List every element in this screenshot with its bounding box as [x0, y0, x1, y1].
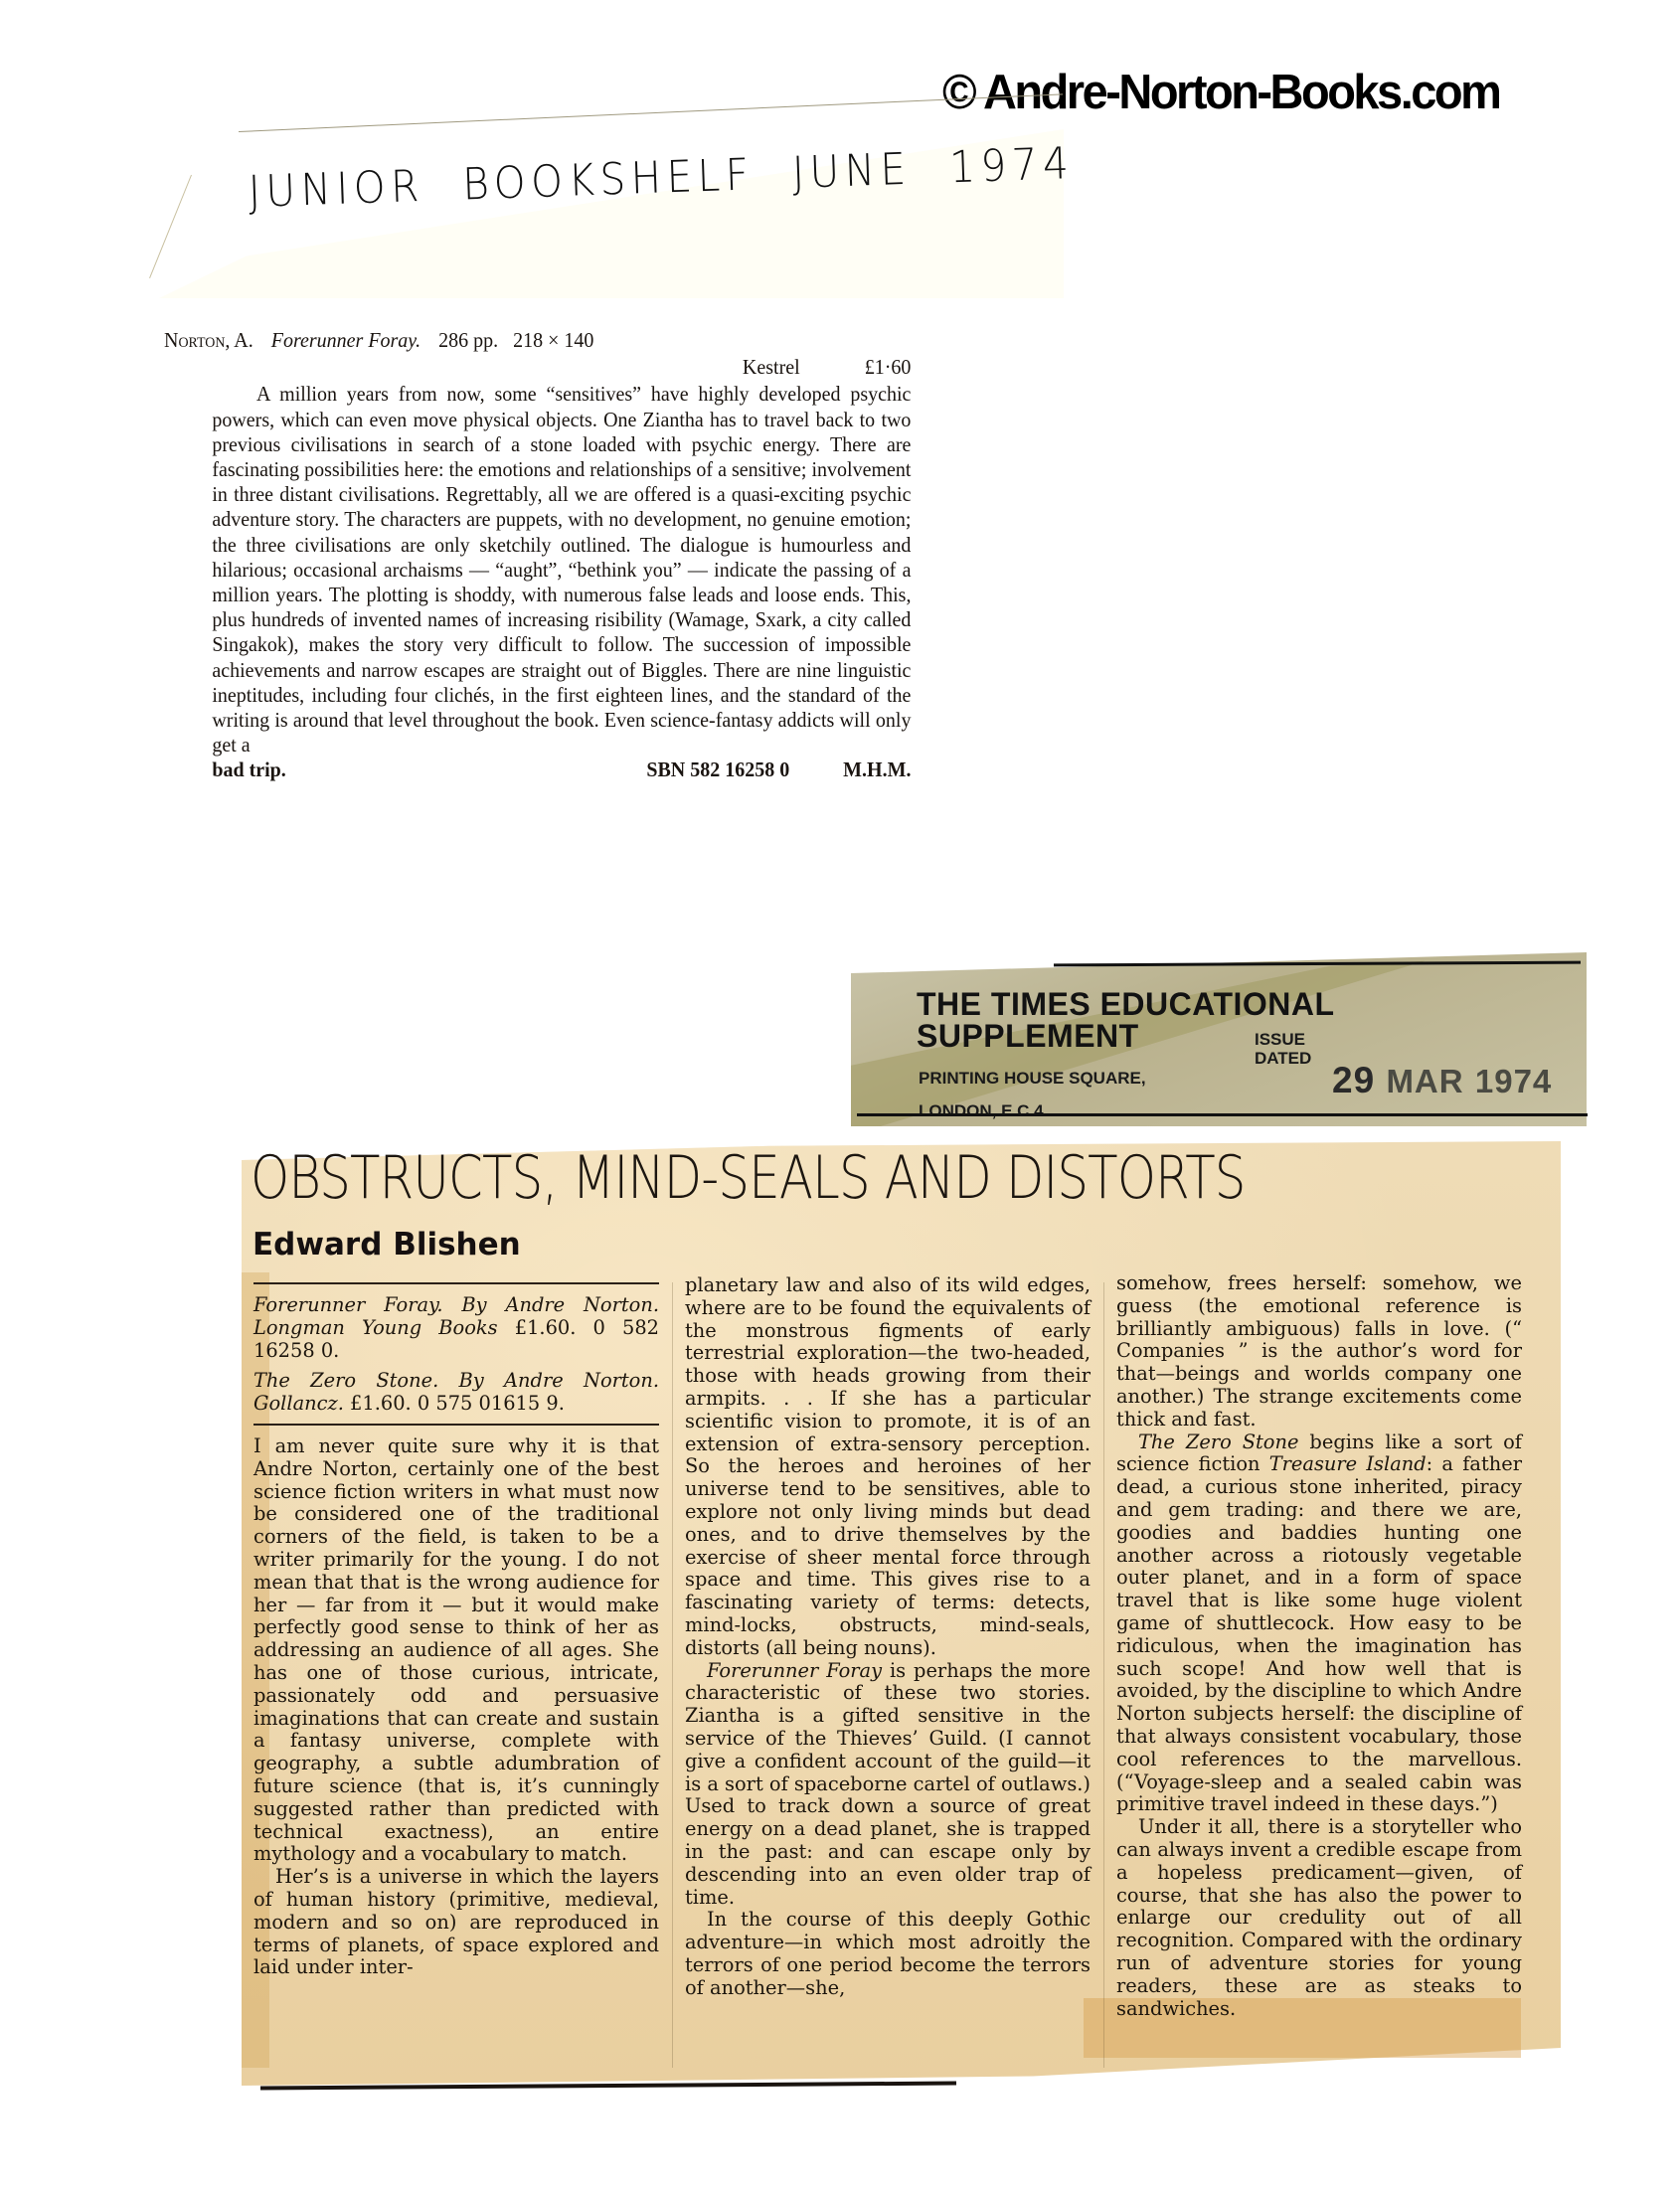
- review-body: A million years from now, some “sensitiv…: [212, 382, 911, 758]
- article-paragraph: Her’s is a universe in which the layers …: [253, 1866, 659, 1979]
- column-divider: [1103, 1282, 1104, 2068]
- review-pages: 286 pp.: [438, 328, 498, 352]
- review-publisher: Kestrel: [743, 355, 800, 379]
- column-divider: [672, 1282, 673, 2068]
- book-title: Forerunner Foray.: [253, 1293, 443, 1316]
- tes-title-line: THE TIMES EDUCATIONAL: [917, 988, 1335, 1020]
- review-price: £1·60: [865, 355, 912, 379]
- review-book-title: Forerunner Foray.: [271, 328, 420, 352]
- book-entry: The Zero Stone. By Andre Norton. Gollanc…: [253, 1370, 659, 1416]
- article-headline: OBSTRUCTS, MIND-SEALS AND DISTORTS: [251, 1143, 1246, 1213]
- article-column-3: somehow, frees herself: somehow, we gues…: [1116, 1272, 1522, 2020]
- tes-address-line: LONDON, E.C.4: [919, 1094, 1146, 1127]
- review-reviewer: M.H.M.: [843, 758, 911, 781]
- article-paragraph: planetary law and also of its wild edges…: [685, 1274, 1091, 1660]
- tes-address: PRINTING HOUSE SQUARE, LONDON, E.C.4: [919, 1062, 1146, 1127]
- handwritten-word: JUNIOR: [248, 161, 425, 218]
- paragraph-text: : a father dead, a curious stone inherit…: [1116, 1452, 1522, 1815]
- handwritten-word: BOOKSHELF: [462, 149, 756, 210]
- italic-title: Treasure Island: [1269, 1452, 1427, 1475]
- article-paragraph: I am never quite sure why it is that And…: [253, 1435, 659, 1866]
- divider: [857, 1113, 1588, 1116]
- dated-label: DATED: [1255, 1049, 1311, 1068]
- label-strip-edge: [149, 175, 192, 278]
- article-byline: Edward Blishen: [252, 1227, 521, 1263]
- review-footer: bad trip. SBN 582 16258 0M.H.M.: [212, 758, 911, 782]
- date-month: MAR: [1386, 1063, 1463, 1099]
- handwritten-word: 1974: [948, 138, 1075, 193]
- divider: [253, 1282, 659, 1284]
- copyright-watermark: © Andre-Norton-Books.com: [942, 63, 1499, 120]
- review-sbn: SBN 582 16258 0: [646, 758, 789, 781]
- book-title: The Zero Stone.: [253, 1369, 438, 1392]
- article-paragraph: somehow, frees herself: somehow, we gues…: [1116, 1272, 1522, 1431]
- italic-title: The Zero Stone: [1138, 1431, 1298, 1453]
- date-year: 1974: [1475, 1063, 1552, 1099]
- tes-issue-date-stamp: 29 MAR 1974: [1332, 1060, 1552, 1101]
- review-text: A million years from now, some “sensitiv…: [212, 382, 911, 758]
- handwritten-word: JUNE: [791, 144, 912, 199]
- article-paragraph: In the course of this deeply Gothic adve…: [685, 1909, 1091, 1999]
- review-last-words: bad trip.: [212, 758, 285, 782]
- book-entry: Forerunner Foray. By Andre Norton. Longm…: [253, 1294, 659, 1362]
- books-reviewed: Forerunner Foray. By Andre Norton. Longm…: [253, 1294, 659, 1416]
- date-day: 29: [1332, 1060, 1375, 1100]
- issue-label: ISSUE: [1255, 1030, 1311, 1049]
- article-paragraph: The Zero Stone begins like a sort of sci…: [1116, 1431, 1522, 1817]
- review-author: Norton, A.: [164, 328, 253, 352]
- italic-title: Forerunner Foray: [707, 1659, 882, 1682]
- article-paragraph: Under it all, there is a storyteller who…: [1116, 1816, 1522, 2020]
- article-column-2: planetary law and also of its wild edges…: [685, 1274, 1091, 2000]
- review-dimensions: 218 × 140: [513, 328, 593, 352]
- tes-issue-label: ISSUE DATED: [1255, 1030, 1311, 1068]
- article-column-1: Forerunner Foray. By Andre Norton. Longm…: [253, 1274, 659, 1979]
- paragraph-text: is perhaps the more characteristic of th…: [685, 1659, 1091, 1909]
- tes-address-line: PRINTING HOUSE SQUARE,: [919, 1062, 1146, 1094]
- junior-bookshelf-review: Norton, A. Forerunner Foray. 286 pp. 218…: [164, 328, 911, 783]
- article-paragraph: Forerunner Foray is perhaps the more cha…: [685, 1660, 1091, 1910]
- review-citation: Norton, A. Forerunner Foray. 286 pp. 218…: [164, 328, 911, 353]
- divider: [253, 1424, 659, 1426]
- label-strip-edge: [239, 93, 1063, 132]
- review-publisher-line: Kestrel£1·60: [164, 355, 911, 380]
- book-price-isbn: £1.60. 0 575 01615 9.: [350, 1392, 565, 1415]
